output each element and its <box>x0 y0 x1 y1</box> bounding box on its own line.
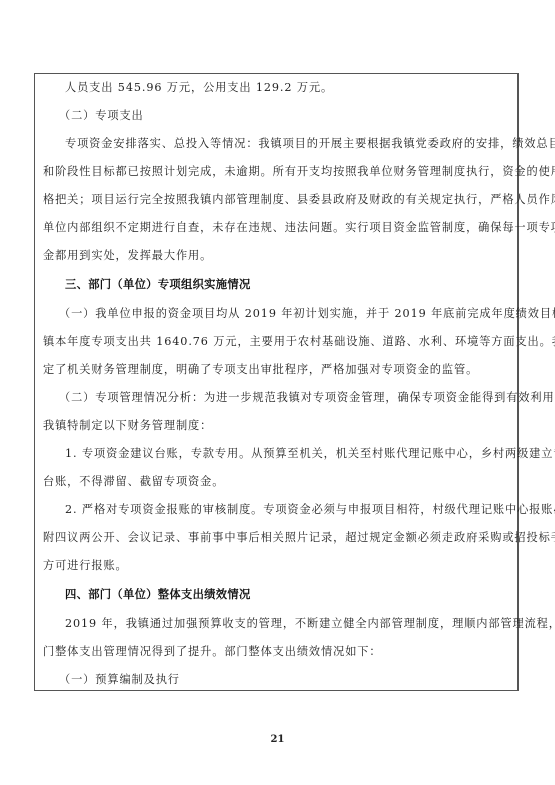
subsection-heading: （一）预算编制及执行 <box>59 673 180 687</box>
text-line: 格把关；项目运行完全按照我镇内部管理制度、县委县政府及财政的有关规定执行，严格人… <box>43 193 555 207</box>
text-line: 门整体支出管理情况得到了提升。部门整体支出绩效情况如下： <box>43 645 381 659</box>
text-line: 和阶段性目标都已按照计划完成，未逾期。所有开支均按照我单位财务管理制度执行，资金… <box>43 165 555 179</box>
text-line: 镇本年度专项支出共 1640.76 万元，主要用于农村基础设施、道路、水利、环境… <box>43 335 555 349</box>
text-line: 专项资金安排落实、总投入等情况：我镇项目的开展主要根据我镇党委政府的安排，绩效总… <box>65 137 555 151</box>
text-line: 附四议两公开、会议记录、事前事中事后相关照片记录，超过规定金额必须走政府采购或招… <box>43 531 555 545</box>
subsection-heading: （二）专项支出 <box>59 109 144 123</box>
text-line: 方可进行报账。 <box>43 559 128 573</box>
text-line: 定了机关财务管理制度，明确了专项支出审批程序，严格加强对专项资金的监管。 <box>43 363 478 377</box>
list-item: 2. 严格对专项资金报账的审核制度。专项资金必须与申报项目相符，村级代理记账中心… <box>65 503 555 517</box>
text-line: 2019 年，我镇通过加强预算收支的管理，不断建立健全内部管理制度，理顺内部管理… <box>65 617 555 631</box>
page-number: 21 <box>0 734 555 745</box>
text-line: 金都用到实处，发挥最大作用。 <box>43 249 212 263</box>
section-heading: 三、部门（单位）专项组织实施情况 <box>65 278 251 292</box>
text-line: （一）我单位申报的资金项目均从 2019 年初计划实施，并于 2019 年底前完… <box>59 307 555 321</box>
section-heading: 四、部门（单位）整体支出绩效情况 <box>65 588 251 602</box>
list-item: 1. 专项资金建议台账，专款专用。从预算至机关，机关至村账代理记账中心，乡村两级… <box>65 447 555 461</box>
text-line: （二）专项管理情况分析：为进一步规范我镇对专项资金管理，确保专项资金能得到有效利… <box>59 391 555 405</box>
text-line: 人员支出 545.96 万元，公用支出 129.2 万元。 <box>65 81 333 95</box>
content-table-cell: 人员支出 545.96 万元，公用支出 129.2 万元。 （二）专项支出 专项… <box>34 73 519 691</box>
text-line: 台账，不得滞留、截留专项资金。 <box>43 475 224 489</box>
text-line: 我镇特制定以下财务管理制度： <box>43 419 212 433</box>
text-line: 单位内部组织不定期进行自查，未存在违规、违法问题。实行项目资金监管制度，确保每一… <box>43 221 555 235</box>
